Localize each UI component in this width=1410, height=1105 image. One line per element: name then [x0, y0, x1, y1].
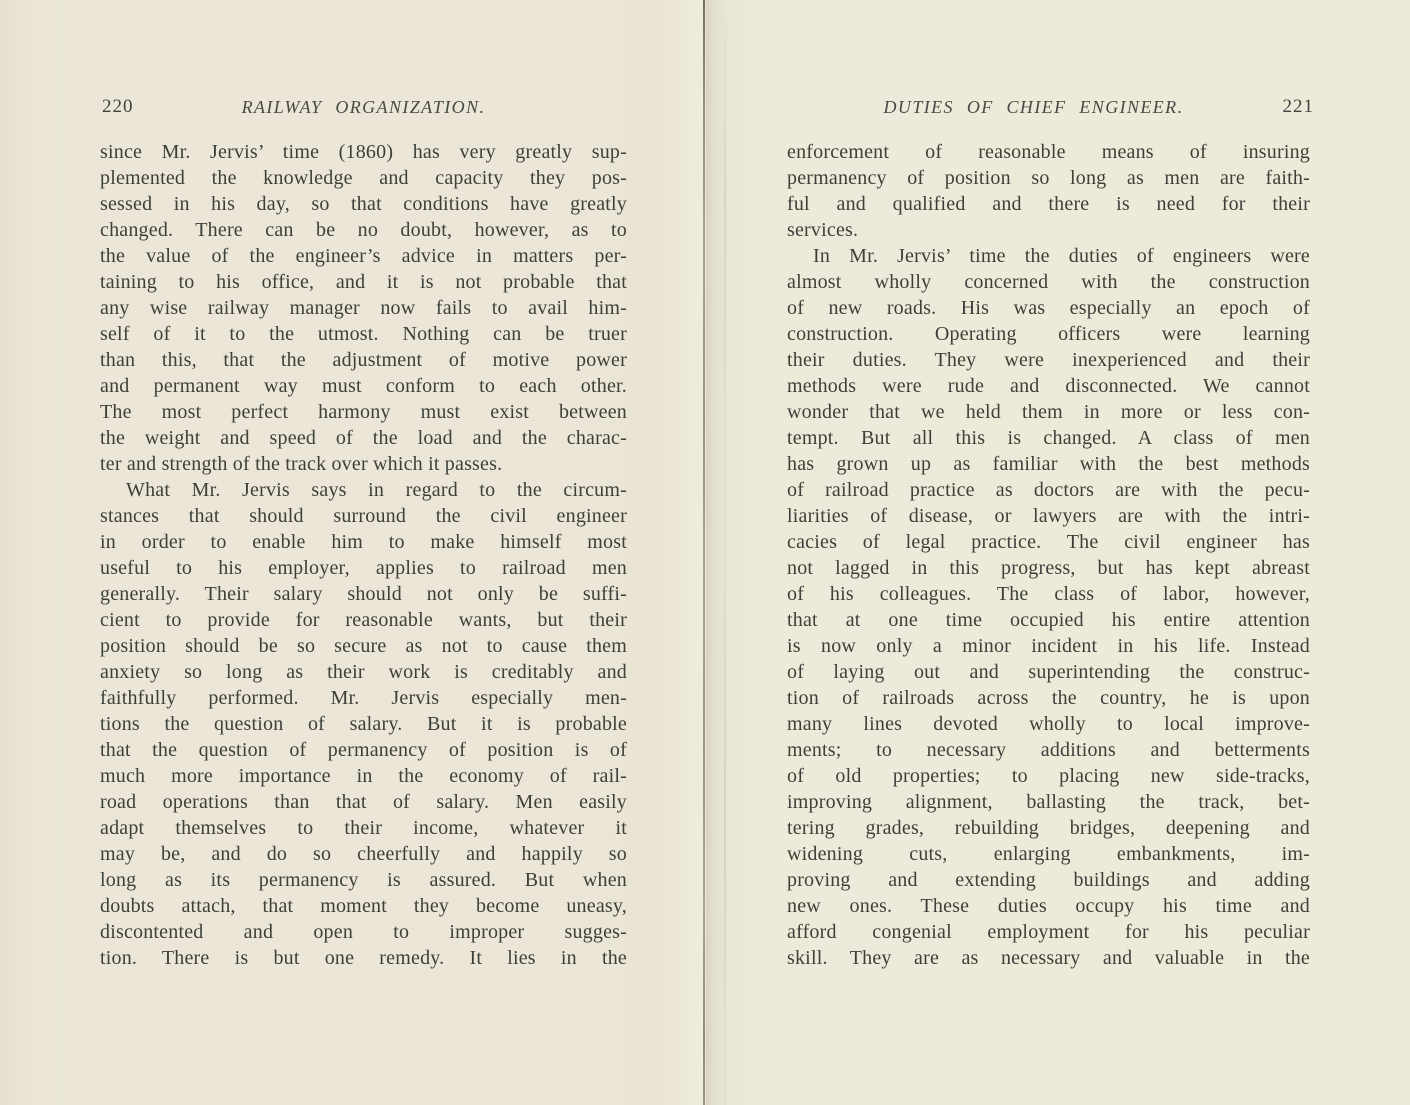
left-page-header: 220 RAILWAY ORGANIZATION.: [100, 96, 627, 120]
text-line: tion of railroads across the country, he…: [787, 685, 1310, 711]
running-header-left: RAILWAY ORGANIZATION.: [100, 97, 627, 118]
text-line: tering grades, rebuilding bridges, deepe…: [787, 815, 1310, 841]
text-line: proving and extending buildings and addi…: [787, 867, 1310, 893]
text-line: widening cuts, enlarging embankments, im…: [787, 841, 1310, 867]
text-line: services.: [787, 217, 1310, 243]
text-line: the value of the engineer’s advice in ma…: [100, 243, 627, 269]
text-line: new ones. These duties occupy his time a…: [787, 893, 1310, 919]
text-line: long as its permanency is assured. But w…: [100, 867, 627, 893]
page-gutter: [703, 0, 705, 1105]
text-line: liarities of disease, or lawyers are wit…: [787, 503, 1310, 529]
text-line: ments; to necessary additions and better…: [787, 737, 1310, 763]
right-page-header: DUTIES OF CHIEF ENGINEER. 221: [787, 96, 1310, 120]
text-line: faithfully performed. Mr. Jervis especia…: [100, 685, 627, 711]
text-line: taining to his office, and it is not pro…: [100, 269, 627, 295]
text-line: doubts attach, that moment they become u…: [100, 893, 627, 919]
text-line: cacies of legal practice. The civil engi…: [787, 529, 1310, 555]
text-line: than this, that the adjustment of motive…: [100, 347, 627, 373]
text-line: anxiety so long as their work is credita…: [100, 659, 627, 685]
page-body-right: enforcement of reasonable means of insur…: [787, 139, 1310, 971]
text-line: useful to his employer, applies to railr…: [100, 555, 627, 581]
text-line: since Mr. Jervis’ time (1860) has very g…: [100, 139, 627, 165]
text-line: that at one time occupied his entire att…: [787, 607, 1310, 633]
text-line: cient to provide for reasonable wants, b…: [100, 607, 627, 633]
text-line: that the question of permanency of posit…: [100, 737, 627, 763]
page-number-right: 221: [1283, 96, 1315, 118]
running-header-right: DUTIES OF CHIEF ENGINEER.: [757, 97, 1310, 118]
text-line: the weight and speed of the load and the…: [100, 425, 627, 451]
text-line: permanency of position so long as men ar…: [787, 165, 1310, 191]
text-line: afford congenial employment for his pecu…: [787, 919, 1310, 945]
text-line: almost wholly concerned with the constru…: [787, 269, 1310, 295]
text-line: generally. Their salary should not only …: [100, 581, 627, 607]
text-line: of old properties; to placing new side-t…: [787, 763, 1310, 789]
page-crease: [724, 0, 726, 1105]
text-line: changed. There can be no doubt, however,…: [100, 217, 627, 243]
text-line: of railroad practice as doctors are with…: [787, 477, 1310, 503]
text-line: stances that should surround the civil e…: [100, 503, 627, 529]
text-line: In Mr. Jervis’ time the duties of engine…: [787, 243, 1310, 269]
book-spread: 220 RAILWAY ORGANIZATION. DUTIES OF CHIE…: [0, 0, 1410, 1105]
text-line: The most perfect harmony must exist betw…: [100, 399, 627, 425]
text-line: adapt themselves to their income, whatev…: [100, 815, 627, 841]
text-line: self of it to the utmost. Nothing can be…: [100, 321, 627, 347]
text-line: is now only a minor incident in his life…: [787, 633, 1310, 659]
text-line: much more importance in the economy of r…: [100, 763, 627, 789]
text-line: may be, and do so cheerfully and happily…: [100, 841, 627, 867]
text-line: of new roads. His was especially an epoc…: [787, 295, 1310, 321]
text-line: their duties. They were inexperienced an…: [787, 347, 1310, 373]
text-line: many lines devoted wholly to local impro…: [787, 711, 1310, 737]
text-line: plemented the knowledge and capacity the…: [100, 165, 627, 191]
text-line: and permanent way must conform to each o…: [100, 373, 627, 399]
text-line: discontented and open to improper sugges…: [100, 919, 627, 945]
text-line: any wise railway manager now fails to av…: [100, 295, 627, 321]
text-line: wonder that we held them in more or less…: [787, 399, 1310, 425]
text-line: enforcement of reasonable means of insur…: [787, 139, 1310, 165]
text-line: tempt. But all this is changed. A class …: [787, 425, 1310, 451]
text-line: not lagged in this progress, but has kep…: [787, 555, 1310, 581]
text-line: tions the question of salary. But it is …: [100, 711, 627, 737]
text-line: tion. There is but one remedy. It lies i…: [100, 945, 627, 971]
text-line: ter and strength of the track over which…: [100, 451, 627, 477]
text-line: improving alignment, ballasting the trac…: [787, 789, 1310, 815]
text-line: road operations than that of salary. Men…: [100, 789, 627, 815]
text-line: of his colleagues. The class of labor, h…: [787, 581, 1310, 607]
text-line: ful and qualified and there is need for …: [787, 191, 1310, 217]
text-line: skill. They are as necessary and valuabl…: [787, 945, 1310, 971]
text-line: construction. Operating officers were le…: [787, 321, 1310, 347]
page-body-left: since Mr. Jervis’ time (1860) has very g…: [100, 139, 627, 971]
text-line: What Mr. Jervis says in regard to the ci…: [100, 477, 627, 503]
text-line: has grown up as familiar with the best m…: [787, 451, 1310, 477]
text-line: methods were rude and disconnected. We c…: [787, 373, 1310, 399]
text-line: of laying out and superintending the con…: [787, 659, 1310, 685]
text-line: position should be so secure as not to c…: [100, 633, 627, 659]
text-line: sessed in his day, so that conditions ha…: [100, 191, 627, 217]
text-line: in order to enable him to make himself m…: [100, 529, 627, 555]
